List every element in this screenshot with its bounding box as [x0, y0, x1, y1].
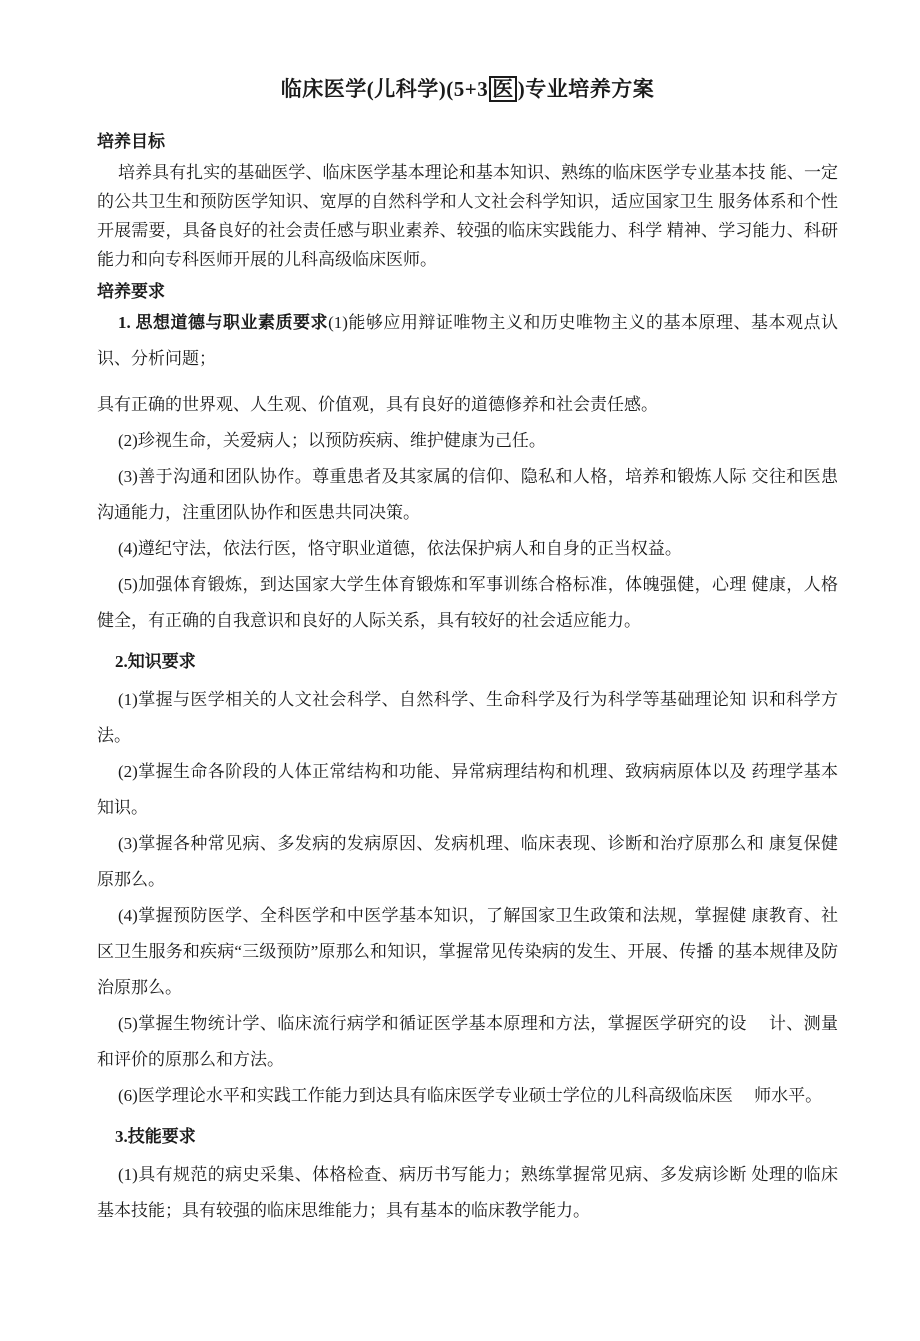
requirement-2-item-4: (4)掌握预防医学、全科医学和中医学基本知识，了解国家卫生政策和法规，掌握健 康…: [97, 898, 838, 1006]
requirement-1-opening-paragraph: 1. 思想道德与职业素质要求(1)能够应用辩证唯物主义和历史唯物主义的基本原理、…: [97, 305, 838, 377]
training-goal-paragraph: 培养具有扎实的基础医学、临床医学基本理论和基本知识、熟练的临床医学专业基本技 能…: [97, 158, 838, 274]
requirement-2-item-6: (6)医学理论水平和实践工作能力到达具有临床医学专业硕士学位的儿科高级临床医 师…: [97, 1078, 838, 1114]
requirement-1-item-3: (3)善于沟通和团队协作。尊重患者及其家属的信仰、隐私和人格，培养和锻炼人际 交…: [97, 459, 838, 531]
requirement-2-heading: 2.知识要求: [97, 644, 838, 680]
requirement-3-heading: 3.技能要求: [97, 1119, 838, 1155]
requirement-2-item-3: (3)掌握各种常见病、多发病的发病原因、发病机理、临床表现、诊断和治疗原那么和 …: [97, 826, 838, 898]
requirement-2-item-1: (1)掌握与医学相关的人文社会科学、自然科学、生命科学及行为科学等基础理论知 识…: [97, 682, 838, 754]
requirement-3-item-1: (1)具有规范的病史采集、体格检查、病历书写能力；熟练掌握常见病、多发病诊断 处…: [97, 1157, 838, 1229]
requirement-1-item-4: (4)遵纪守法，依法行医，恪守职业道德，依法保护病人和自身的正当权益。: [97, 531, 838, 567]
title-boxed-character: 医: [489, 76, 517, 102]
requirement-2-item-2: (2)掌握生命各阶段的人体正常结构和功能、异常病理结构和机理、致病病原体以及 药…: [97, 754, 838, 826]
requirement-2-item-5: (5)掌握生物统计学、临床流行病学和循证医学基本原理和方法，掌握医学研究的设 计…: [97, 1006, 838, 1078]
title-text-post: )专业培养方案: [518, 77, 655, 101]
document-page: 临床医学(儿科学)(5+3医)专业培养方案 培养目标 培养具有扎实的基础医学、临…: [0, 0, 920, 1341]
requirement-1-item-5: (5)加强体育锻炼，到达国家大学生体育锻炼和军事训练合格标准，体魄强健，心理 健…: [97, 567, 838, 639]
requirement-1-item-2: (2)珍视生命，关爱病人；以预防疾病、维护健康为己任。: [97, 423, 838, 459]
requirement-1-heading: 1. 思想道德与职业素质要求: [118, 313, 328, 332]
title-text-pre: 临床医学(儿科学)(5+3: [281, 77, 488, 101]
document-title: 临床医学(儿科学)(5+3医)专业培养方案: [97, 72, 838, 106]
section-heading-training-goal: 培养目标: [97, 128, 838, 155]
requirement-1-values-paragraph: 具有正确的世界观、人生观、价值观，具有良好的道德修养和社会责任感。: [97, 387, 838, 423]
section-heading-training-requirements: 培养要求: [97, 278, 838, 305]
